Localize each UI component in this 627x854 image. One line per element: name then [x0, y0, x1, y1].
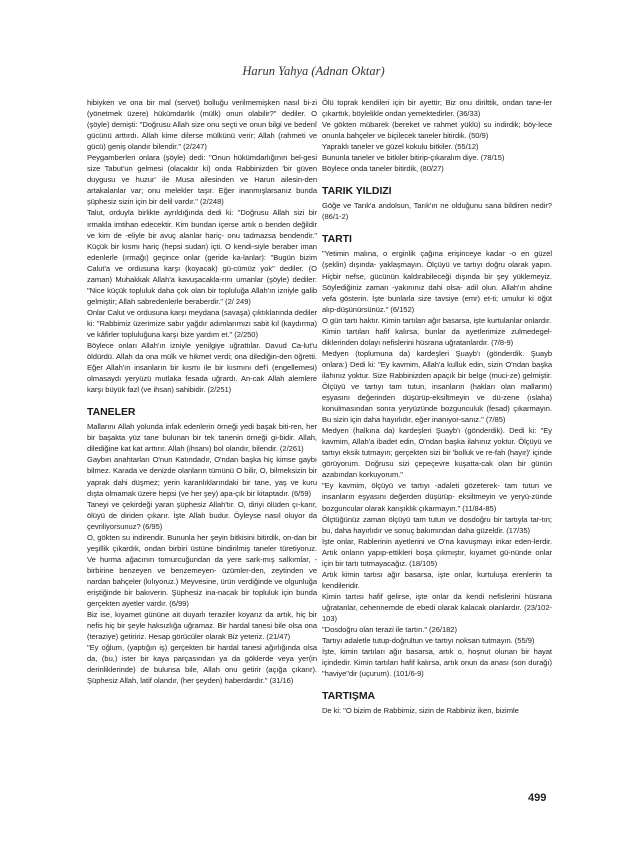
paragraph: Kimin tartıları hafif kalırsa, bunlar da…: [322, 326, 552, 348]
paragraph: Ölçtüğünüz zaman ölçüyü tam tutun ve dos…: [322, 514, 552, 536]
paragraph: Bununla taneler ve bitkiler bitirip-çıka…: [322, 152, 552, 163]
paragraph: O, gökten su indirendir. Bununla her şey…: [87, 532, 317, 609]
paragraph: Gaybın anahtarları O'nun Katındadır, O'n…: [87, 454, 317, 498]
paragraph: Taneyi ve çekirdeği yaran şüphesiz Allah…: [87, 499, 317, 532]
paragraph: Göğe ve Tarık'a andolsun, Tarık'ın ne ol…: [322, 200, 552, 222]
paragraph: "Ey oğlum, (yaptığın iş) gerçekten bir h…: [87, 642, 317, 686]
paragraph: Ve gökten mübarek (bereket ve rahmet yük…: [322, 119, 552, 141]
right-column: Ölü toprak kendileri için bir ayettir; B…: [322, 97, 552, 716]
paragraph: Ölü toprak kendileri için bir ayettir; B…: [322, 97, 552, 119]
paragraph: hibiyken ve ona bir mal (servet) bolluğu…: [87, 97, 317, 152]
paragraph: Talut, orduyla birlikte ayrıldığında ded…: [87, 207, 317, 306]
paragraph: Peygamberleri onlara (şöyle) dedi: "Onun…: [87, 152, 317, 207]
running-header: Harun Yahya (Adnan Oktar): [0, 64, 627, 79]
paragraph: Yapraklı taneler ve güzel kokulu bitkile…: [322, 141, 552, 152]
section-heading-tartisma: TARTIŞMA: [322, 690, 552, 703]
paragraph: "Ey kavmim, ölçüyü ve tartıyı -adaleti g…: [322, 480, 552, 513]
paragraph: Kimin tartısı hafif gelirse, işte onlar …: [322, 591, 552, 624]
left-column: hibiyken ve ona bir mal (servet) bolluğu…: [87, 97, 317, 686]
paragraph: Böylece onda taneler bitirdik, (80/27): [322, 163, 552, 174]
section-heading-taneler: TANELER: [87, 406, 317, 419]
paragraph: "Dosdoğru olan terazi ile tartın." (26/1…: [322, 624, 552, 635]
paragraph: Böylece onları Allah'ın izniyle yenilgiy…: [87, 340, 317, 395]
paragraph: Medyen (halkına da) kardeşleri Şuayb'ı (…: [322, 425, 552, 480]
paragraph: Mallarını Allah yolunda infak edenlerin …: [87, 421, 317, 454]
paragraph: De ki: "O bizim de Rabbimiz, sizin de Ra…: [322, 705, 552, 716]
paragraph: Artık kimin tartısı ağır basarsa, işte o…: [322, 569, 552, 591]
section-heading-tarik-yildizi: TARIK YILDIZI: [322, 185, 552, 198]
paragraph: İşte, kimin tartıları ağır basarsa, artı…: [322, 646, 552, 679]
paragraph: Onlar Calut ve ordusuna karşı meydana (s…: [87, 307, 317, 340]
paragraph: O gün tartı haktır. Kimin tartıları ağır…: [322, 315, 552, 326]
paragraph: "Yetimin malına, o erginlik çağına erişi…: [322, 248, 552, 314]
page-number: 499: [528, 792, 546, 804]
paragraph: İşte onlar, Rablerinin ayetlerini ve O'n…: [322, 536, 552, 569]
paragraph: Tartıyı adaletle tutup-doğrultun ve tart…: [322, 635, 552, 646]
paragraph: Biz ise, kıyamet gününe ait duyarlı tera…: [87, 609, 317, 642]
section-heading-tarti: TARTI: [322, 233, 552, 246]
paragraph: Medyen (toplumuna da) kardeşleri Şuayb'ı…: [322, 348, 552, 425]
